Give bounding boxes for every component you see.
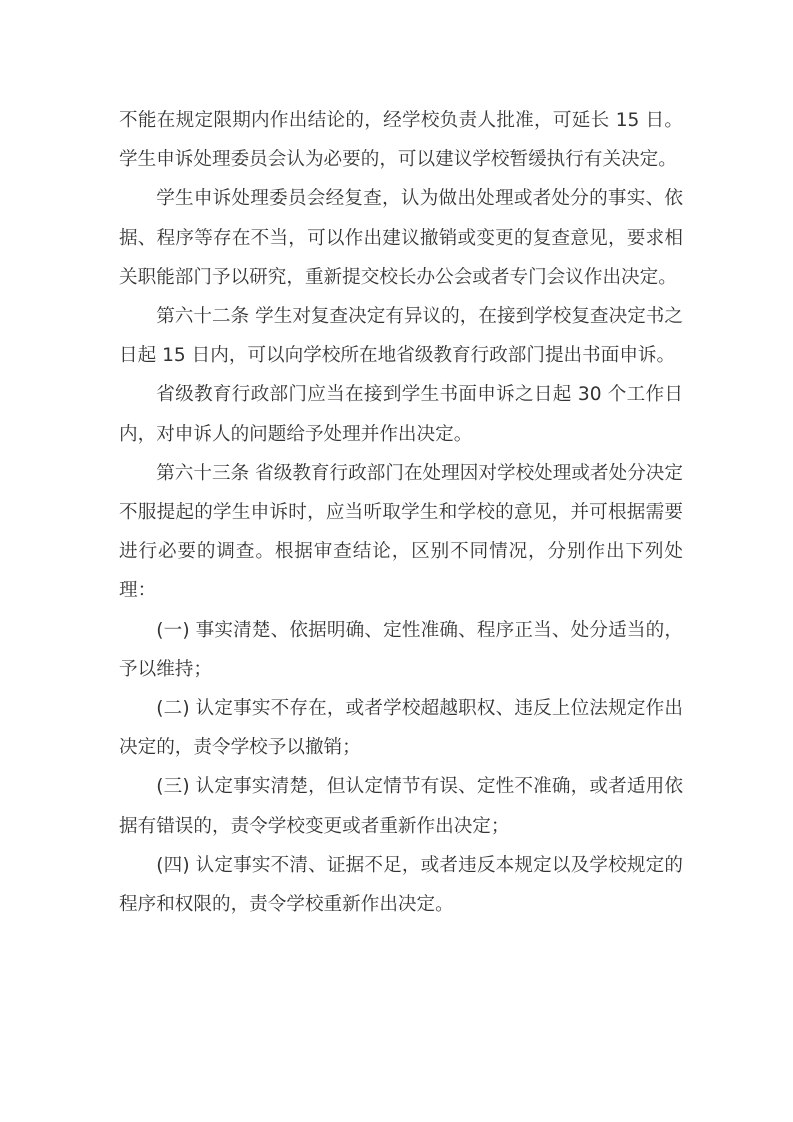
paragraph-continuation: 不能在规定限期内作出结论的，经学校负责人批准，可延长 15 日。学生申诉处理委员… [119, 101, 683, 179]
list-item-2: (二) 认定事实不存在，或者学校超越职权、违反上位法规定作出决定的，责令学校予以… [119, 689, 683, 767]
paragraph-article-62: 第六十二条 学生对复查决定有异议的，在接到学校复查决定书之日起 15 日内，可以… [119, 297, 683, 375]
paragraph-provincial-deadline: 省级教育行政部门应当在接到学生书面申诉之日起 30 个工作日内，对申诉人的问题给… [119, 375, 683, 453]
document-page: 不能在规定限期内作出结论的，经学校负责人批准，可延长 15 日。学生申诉处理委员… [119, 101, 683, 924]
list-item-3: (三) 认定事实清楚，但认定情节有误、定性不准确，或者适用依据有错误的，责令学校… [119, 767, 683, 845]
list-item-4: (四) 认定事实不清、证据不足，或者违反本规定以及学校规定的程序和权限的，责令学… [119, 846, 683, 924]
list-item-1: (一) 事实清楚、依据明确、定性准确、程序正当、处分适当的，予以维持； [119, 611, 683, 689]
paragraph-article-63: 第六十三条 省级教育行政部门在处理因对学校处理或者处分决定不服提起的学生申诉时，… [119, 454, 683, 611]
paragraph-review-opinion: 学生申诉处理委员会经复查，认为做出处理或者处分的事实、依据、程序等存在不当，可以… [119, 179, 683, 297]
